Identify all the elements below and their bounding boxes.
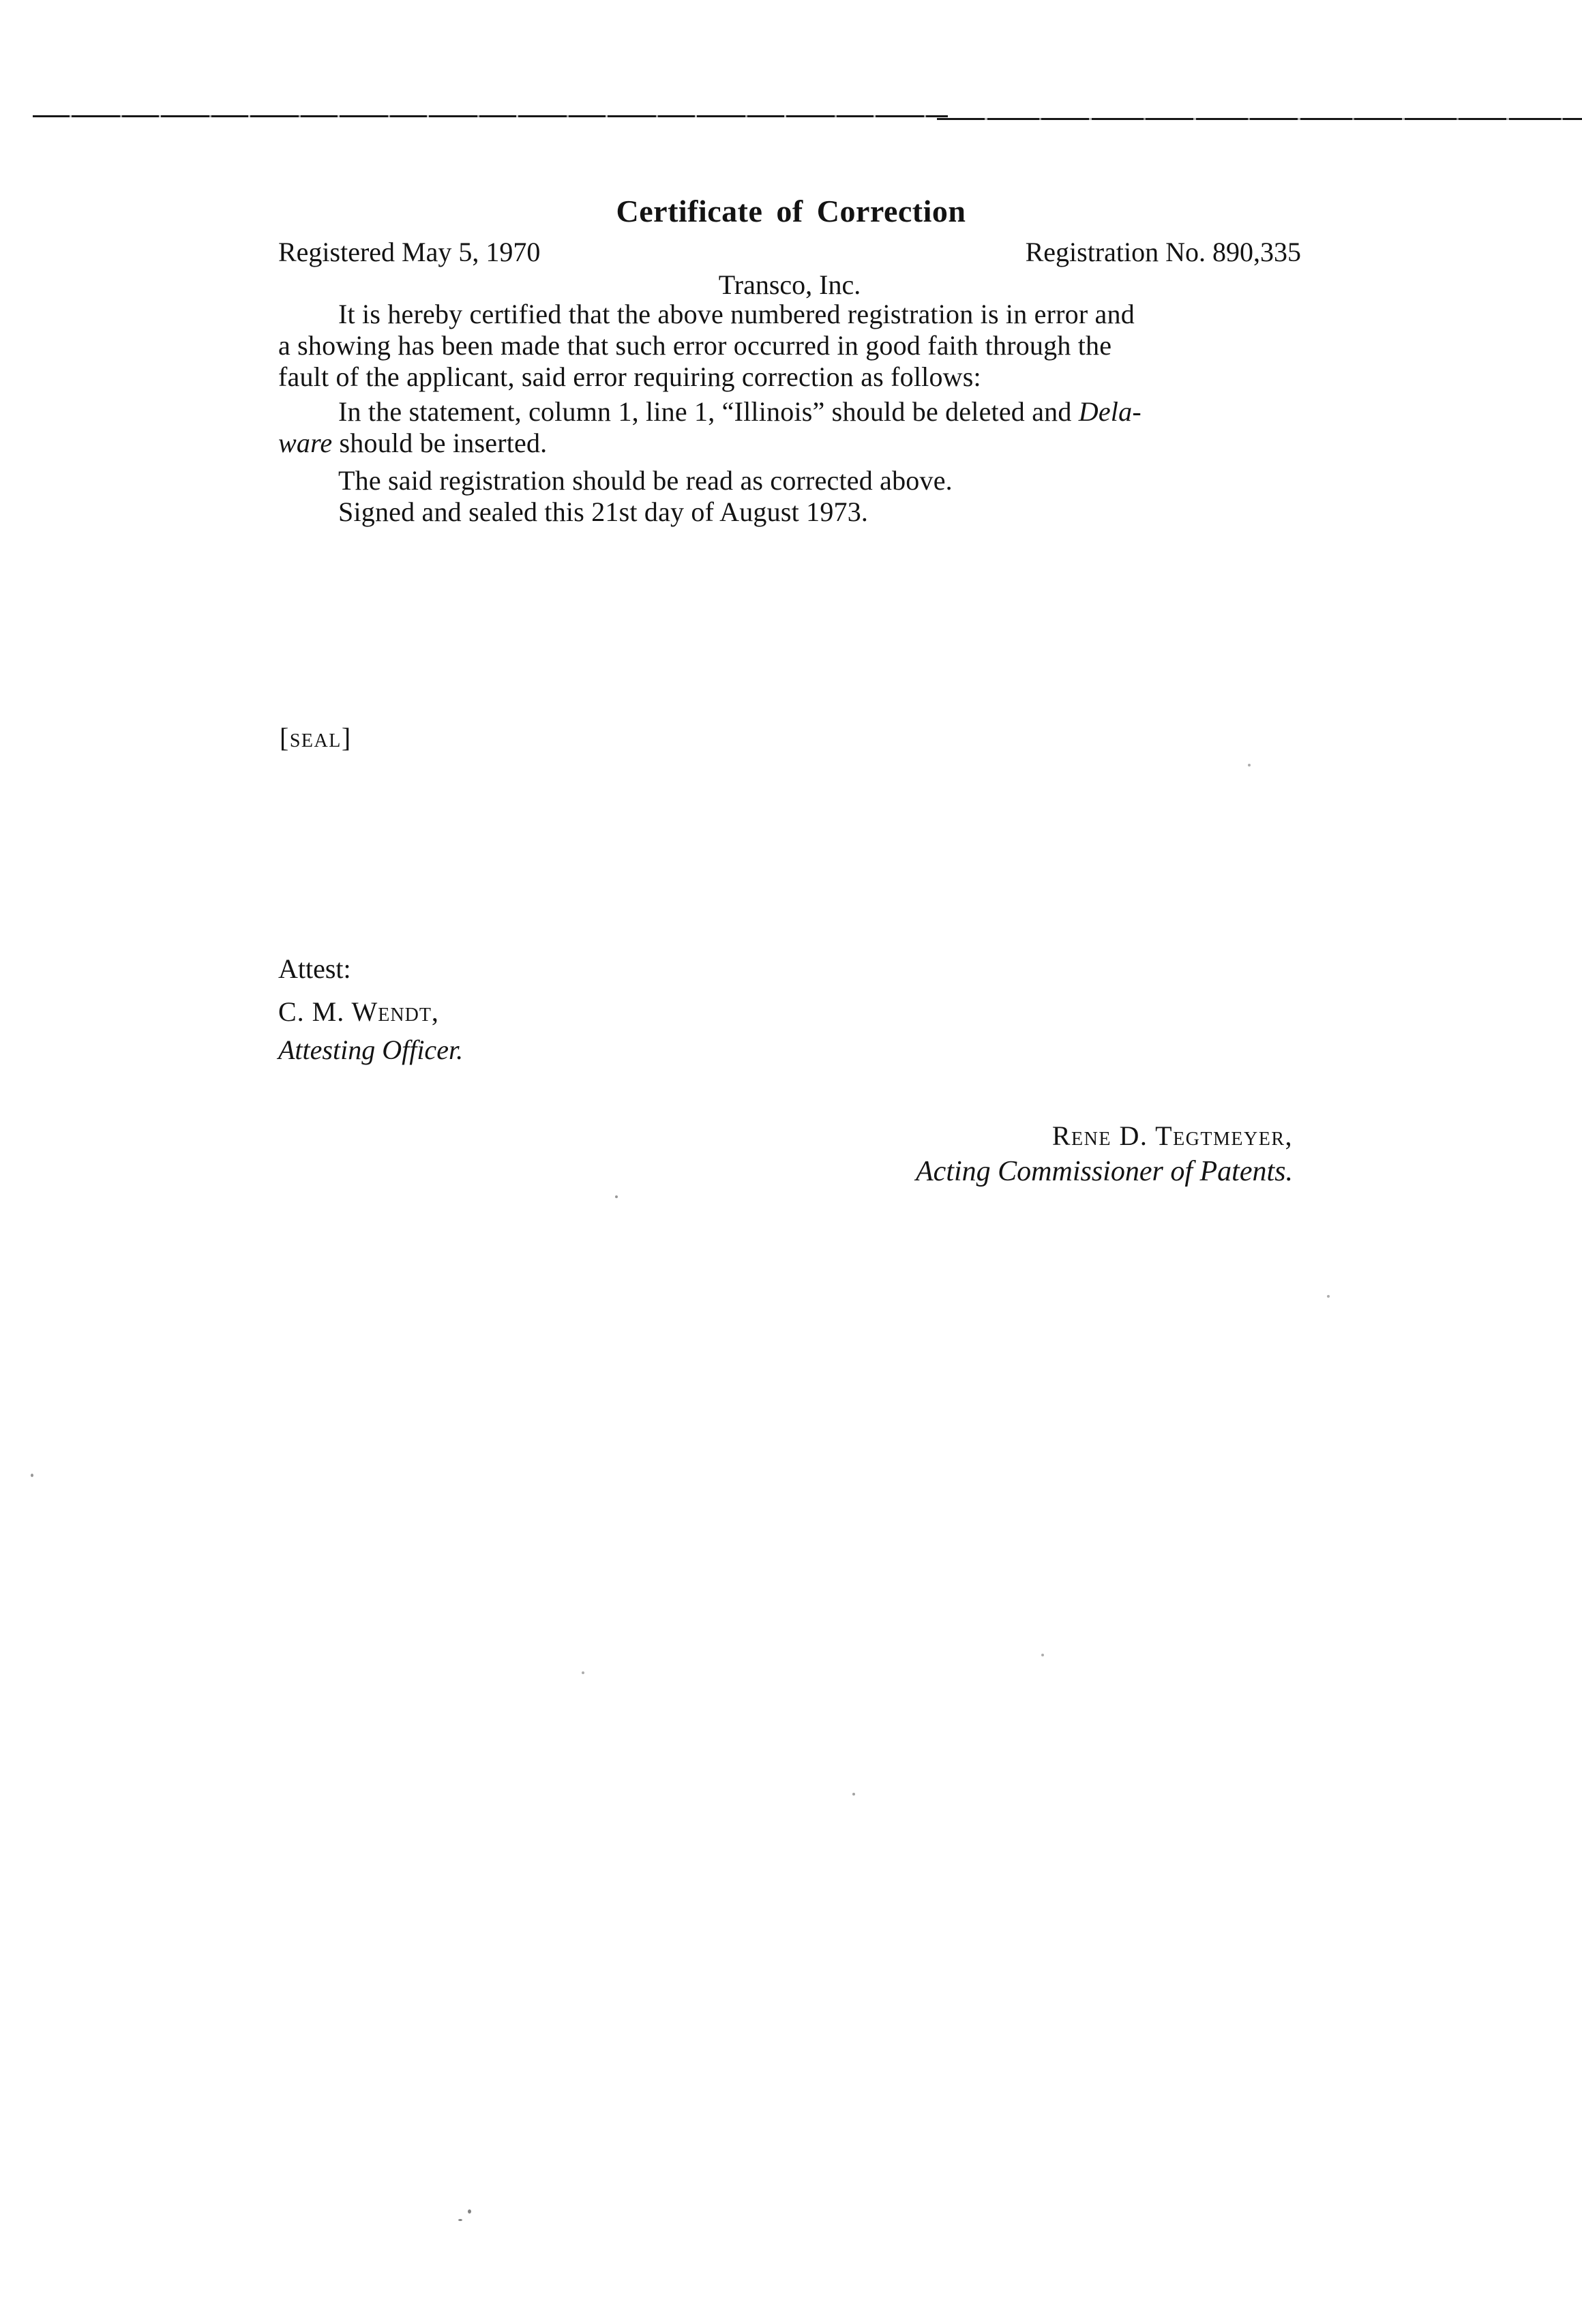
- certificate-of-correction-page: Certificate of Correction Registered May…: [0, 0, 1582, 2324]
- document-body: It is hereby certified that the above nu…: [278, 299, 1302, 528]
- certification-line-3: fault of the applicant, said error requi…: [278, 361, 1302, 393]
- correction-line-2: ware should be inserted.: [278, 428, 1302, 459]
- registration-header-row: Registered May 5, 1970 Registration No. …: [278, 236, 1301, 268]
- correction-line-1: In the statement, column 1, line 1, “Ill…: [278, 396, 1302, 428]
- top-horizontal-rule-right: [937, 118, 1582, 120]
- document-title: Certificate of Correction: [0, 193, 1582, 229]
- scan-speck: [582, 1671, 584, 1674]
- commissioner-title: Acting Commissioner of Patents.: [916, 1154, 1293, 1189]
- scan-speck: [1248, 764, 1251, 766]
- registration-number: Registration No. 890,335: [1026, 236, 1301, 268]
- certification-line-1: It is hereby certified that the above nu…: [278, 299, 1302, 330]
- registered-date: Registered May 5, 1970: [278, 236, 540, 268]
- correction-line-1-regular: In the statement, column 1, line 1, “Ill…: [338, 396, 1079, 427]
- registrant-name: Transco, Inc.: [278, 269, 1301, 301]
- correction-line-2-italic: ware: [278, 428, 332, 458]
- correction-line-1-italic: Dela-: [1079, 396, 1141, 427]
- seal-label: [seal]: [280, 721, 352, 754]
- correction-line-2-regular: should be inserted.: [332, 428, 547, 458]
- scan-speck: [615, 1195, 618, 1198]
- scan-speck: [852, 1793, 855, 1796]
- scan-speck: [808, 293, 811, 296]
- attesting-officer-name: C. M. Wendt,: [278, 996, 463, 1028]
- scan-speck: [468, 2209, 471, 2214]
- top-horizontal-rule-left: [33, 115, 948, 117]
- certification-line-2: a showing has been made that such error …: [278, 330, 1302, 361]
- scan-speck: [31, 1474, 33, 1477]
- attest-label: Attest:: [278, 953, 463, 985]
- scan-speck: [1041, 1654, 1044, 1656]
- commissioner-signature-block: Rene D. Tegtmeyer, Acting Commissioner o…: [916, 1118, 1293, 1189]
- attesting-officer-title: Attesting Officer.: [278, 1034, 463, 1066]
- attest-block: Attest: C. M. Wendt, Attesting Officer.: [278, 953, 463, 1066]
- scan-speck: [458, 2219, 462, 2221]
- read-corrected-line: The said registration should be read as …: [278, 465, 1302, 496]
- signed-sealed-line: Signed and sealed this 21st day of Augus…: [278, 496, 1302, 528]
- scan-speck: [1327, 1295, 1330, 1298]
- commissioner-name: Rene D. Tegtmeyer,: [916, 1118, 1293, 1154]
